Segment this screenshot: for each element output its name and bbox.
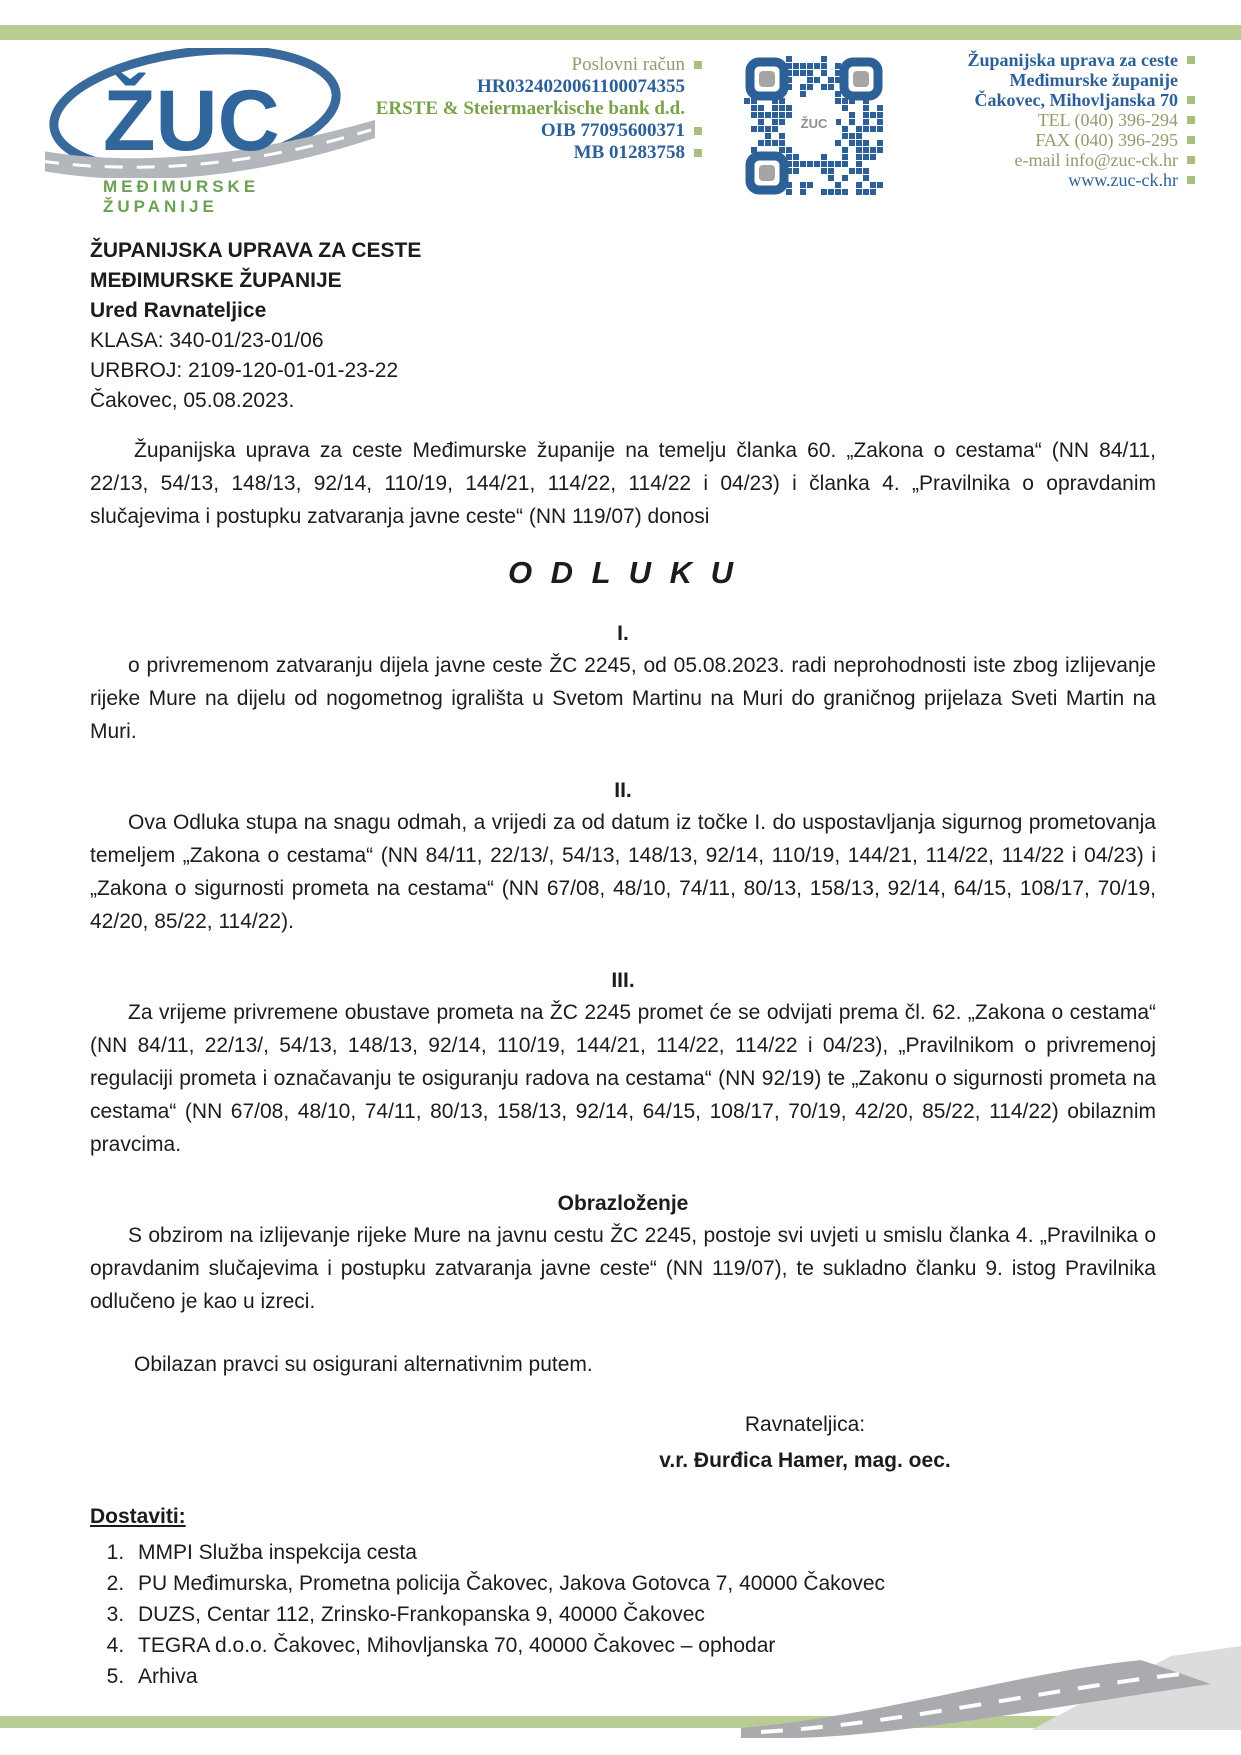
square-bullet-icon — [694, 61, 702, 69]
intro-paragraph: Županijska uprava za ceste Međimurske žu… — [90, 434, 1156, 533]
section-heading-2: II. — [90, 776, 1156, 806]
org-name-line1: Županijska uprava za ceste — [967, 50, 1178, 70]
bank-line: MB 01283758 — [375, 142, 702, 164]
fax-number: FAX (040) 396-295 — [1035, 130, 1178, 150]
square-bullet-icon — [1187, 56, 1195, 64]
square-bullet-icon — [694, 149, 702, 157]
document-page: ŽUC MEĐIMURSKE ŽUPANIJE Poslovni račun H… — [0, 0, 1241, 1755]
square-bullet-icon — [1187, 116, 1195, 124]
detour-note: Obilazan pravci su osigurani alternativn… — [90, 1348, 1156, 1381]
contact-line: Čakovec, Mihovljanska 70 — [920, 90, 1195, 110]
section-heading-3: III. — [90, 966, 1156, 996]
contact-line: Međimurske županije — [920, 70, 1195, 90]
signature-role: Ravnateljica: — [590, 1407, 1020, 1443]
bank-line: Poslovni račun — [375, 54, 702, 76]
square-bullet-icon — [694, 127, 702, 135]
document-body: ŽUPANIJSKA UPRAVA ZA CESTE MEĐIMURSKE ŽU… — [90, 236, 1156, 1692]
section-heading-1: I. — [90, 619, 1156, 649]
qr-code: ŽUC — [744, 56, 884, 196]
contact-line: FAX (040) 396-295 — [920, 130, 1195, 150]
svg-text:ŽUC: ŽUC — [801, 116, 828, 131]
bank-line: ERSTE & Steiermaerkische bank d.d. — [375, 98, 702, 120]
org-address: Čakovec, Mihovljanska 70 — [974, 90, 1178, 110]
bank-name: ERSTE & Steiermaerkische bank d.d. — [376, 98, 685, 120]
place-date-line: Čakovec, 05.08.2023. — [90, 386, 1156, 416]
distribution-item: DUZS, Centar 112, Zrinsko-Frankopanska 9… — [130, 1599, 1156, 1630]
sender-org-line: ŽUPANIJSKA UPRAVA ZA CESTE — [90, 236, 1156, 266]
logo-caption: MEĐIMURSKE ŽUPANIJE — [45, 177, 375, 217]
bank-info: Poslovni račun HR0324020061100074355 ERS… — [375, 48, 716, 164]
bank-account-label: Poslovni račun — [572, 54, 685, 76]
contact-line: e-mail info@zuc-ck.hr — [920, 150, 1195, 170]
zuc-logo-icon: ŽUC — [45, 48, 375, 178]
mb-value: MB 01283758 — [574, 142, 685, 164]
contact-line: www.zuc-ck.hr — [920, 170, 1195, 190]
letterhead: ŽUC MEĐIMURSKE ŽUPANIJE Poslovni račun H… — [45, 48, 1195, 203]
square-bullet-icon — [1187, 156, 1195, 164]
contact-info: Županijska uprava za ceste Međimurske žu… — [920, 48, 1195, 190]
email-address: e-mail info@zuc-ck.hr — [1014, 150, 1178, 170]
distribution-item: PU Međimurska, Prometna policija Čakovec… — [130, 1568, 1156, 1599]
footer-road-icon — [741, 1638, 1241, 1750]
qr-code-icon: ŽUC — [744, 56, 884, 196]
signature-name: v.r. Đurđica Hamer, mag. oec. — [590, 1443, 1020, 1479]
bank-line: HR0324020061100074355 — [375, 76, 702, 98]
phone-number: TEL (040) 396-294 — [1038, 110, 1178, 130]
section-body-3: Za vrijeme privremene obustave prometa n… — [90, 996, 1156, 1161]
square-bullet-icon — [1187, 136, 1195, 144]
square-bullet-icon — [1187, 96, 1195, 104]
section-body-obrazlozenje: S obzirom na izlijevanje rijeke Mure na … — [90, 1219, 1156, 1318]
decision-title: O D L U K U — [90, 555, 1156, 591]
bank-line: OIB 77095600371 — [375, 120, 702, 142]
top-green-bar — [0, 25, 1241, 40]
contact-line: Županijska uprava za ceste — [920, 50, 1195, 70]
iban-value: HR0324020061100074355 — [477, 76, 685, 98]
section-body-2: Ova Odluka stupa na snagu odmah, a vrije… — [90, 806, 1156, 938]
urbroj-line: URBROJ: 2109-120-01-01-23-22 — [90, 356, 1156, 386]
sender-office-line: Ured Ravnateljice — [90, 296, 1156, 326]
distribution-heading: Dostaviti: — [90, 1501, 1156, 1533]
square-bullet-icon — [1187, 176, 1195, 184]
org-name-line2: Međimurske županije — [1010, 70, 1179, 90]
klasa-line: KLASA: 340-01/23-01/06 — [90, 326, 1156, 356]
contact-line: TEL (040) 396-294 — [920, 110, 1195, 130]
website-url: www.zuc-ck.hr — [1068, 170, 1178, 190]
distribution-item: MMPI Služba inspekcija cesta — [130, 1537, 1156, 1568]
oib-value: OIB 77095600371 — [541, 120, 685, 142]
sender-org-line: MEĐIMURSKE ŽUPANIJE — [90, 266, 1156, 296]
zuc-logo: ŽUC MEĐIMURSKE ŽUPANIJE — [45, 48, 375, 217]
section-heading-obrazlozenje: Obrazloženje — [90, 1189, 1156, 1219]
svg-text:ŽUC: ŽUC — [103, 73, 280, 169]
signature-block: Ravnateljica: v.r. Đurđica Hamer, mag. o… — [590, 1407, 1020, 1479]
section-body-1: o privremenom zatvaranju dijela javne ce… — [90, 649, 1156, 748]
